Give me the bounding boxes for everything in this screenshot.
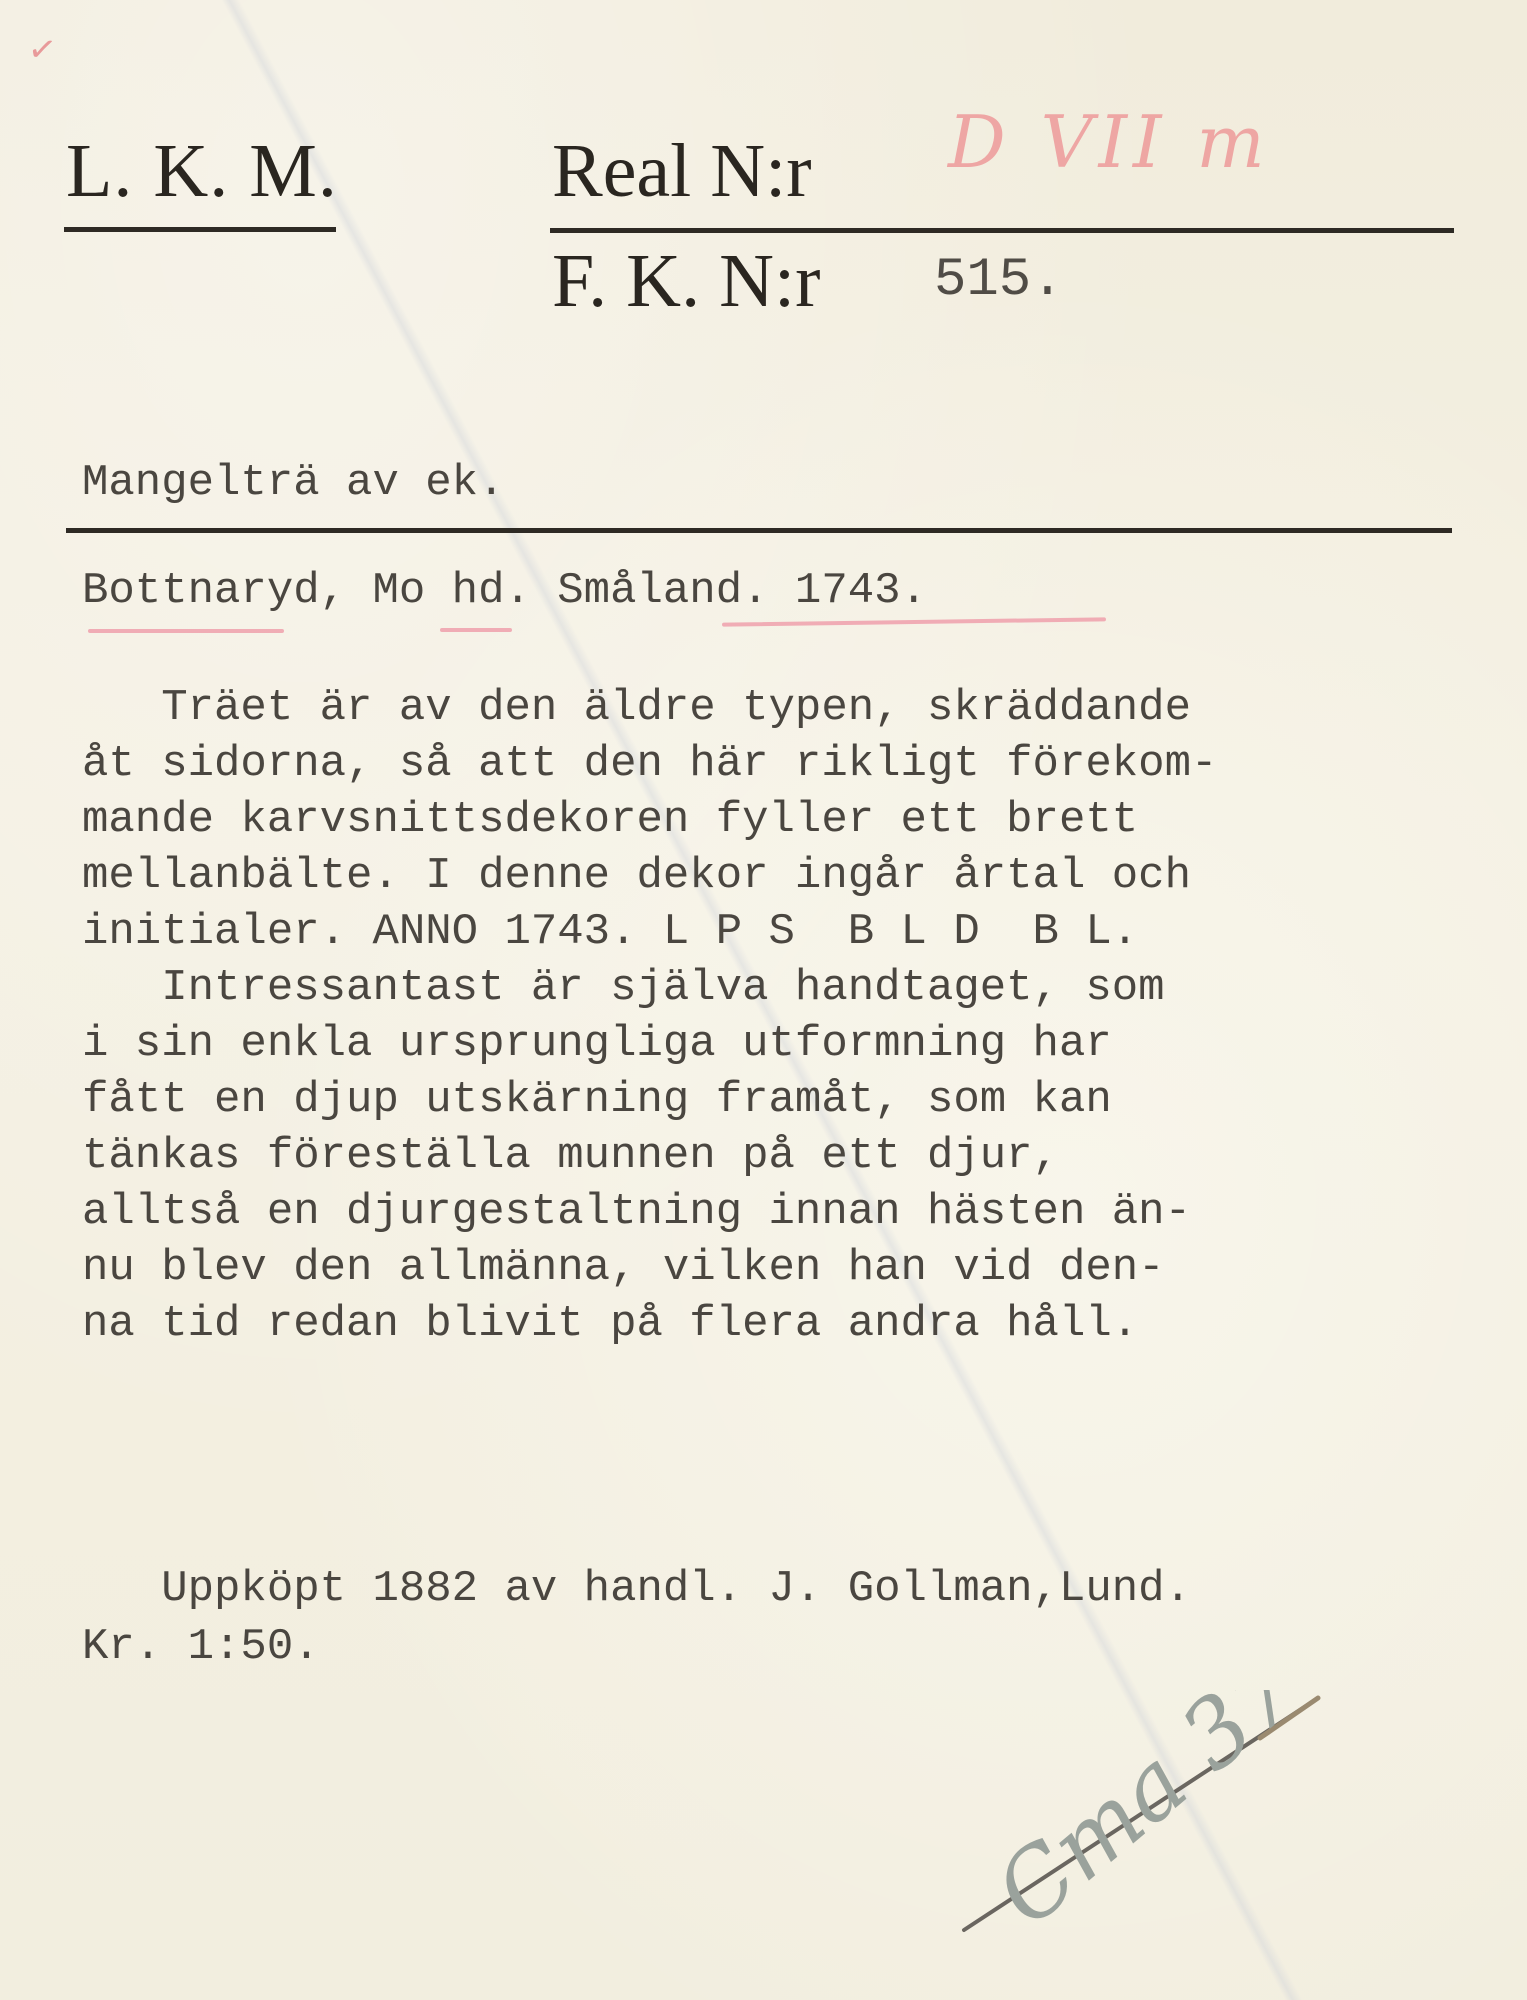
description: Träet är av den äldre typen, skräddandeå… [82, 680, 1217, 1352]
purchase-line: Uppköpt 1882 av handl. J. Gollman,Lund. [82, 1560, 1191, 1618]
red-underline-mo [440, 628, 512, 632]
fk-nr-value: 515. [934, 250, 1064, 311]
purchase-note: Uppköpt 1882 av handl. J. Gollman,Lund.K… [82, 1560, 1191, 1676]
description-line: alltså en djurgestaltning innan hästen ä… [82, 1184, 1217, 1240]
museum-abbrev-underline [64, 227, 336, 232]
red-underline-bottnaryd [88, 629, 284, 633]
check-mark-icon: ✓ [25, 28, 59, 72]
object-title: Mangelträ av ek. [82, 458, 504, 508]
real-nr-label: Real N:r [552, 128, 812, 215]
signature-text: Cma 37 [975, 1690, 1319, 1947]
description-line: fått en djup utskärning framåt, som kan [82, 1072, 1217, 1128]
description-line: Intressantast är själva handtaget, som [82, 960, 1217, 1016]
provenance: Bottnaryd, Mo hd. Småland. 1743. [82, 566, 927, 616]
real-nr-handwritten-value: D VII m [948, 100, 1271, 184]
description-line: mande karvsnittsdekoren fyller ett brett [82, 792, 1217, 848]
fk-nr-label: F. K. N:r [552, 238, 820, 325]
description-line: åt sidorna, så att den här rikligt förek… [82, 736, 1217, 792]
description-line: mellanbälte. I denne dekor ingår årtal o… [82, 848, 1217, 904]
title-divider [66, 528, 1452, 533]
description-line: nu blev den allmänna, vilken han vid den… [82, 1240, 1217, 1296]
description-line: na tid redan blivit på flera andra håll. [82, 1296, 1217, 1352]
description-line: Träet är av den äldre typen, skräddande [82, 680, 1217, 736]
header-divider [550, 228, 1454, 233]
museum-abbrev: L. K. M. [66, 128, 338, 215]
description-line: initialer. ANNO 1743. L P S B L D B L. [82, 904, 1217, 960]
purchase-line: Kr. 1:50. [82, 1618, 1191, 1676]
description-line: tänkas föreställa munnen på ett djur, [82, 1128, 1217, 1184]
description-line: i sin enkla ursprungliga utformning har [82, 1016, 1217, 1072]
handwritten-signature-icon: Cma 37 [960, 1690, 1400, 1990]
